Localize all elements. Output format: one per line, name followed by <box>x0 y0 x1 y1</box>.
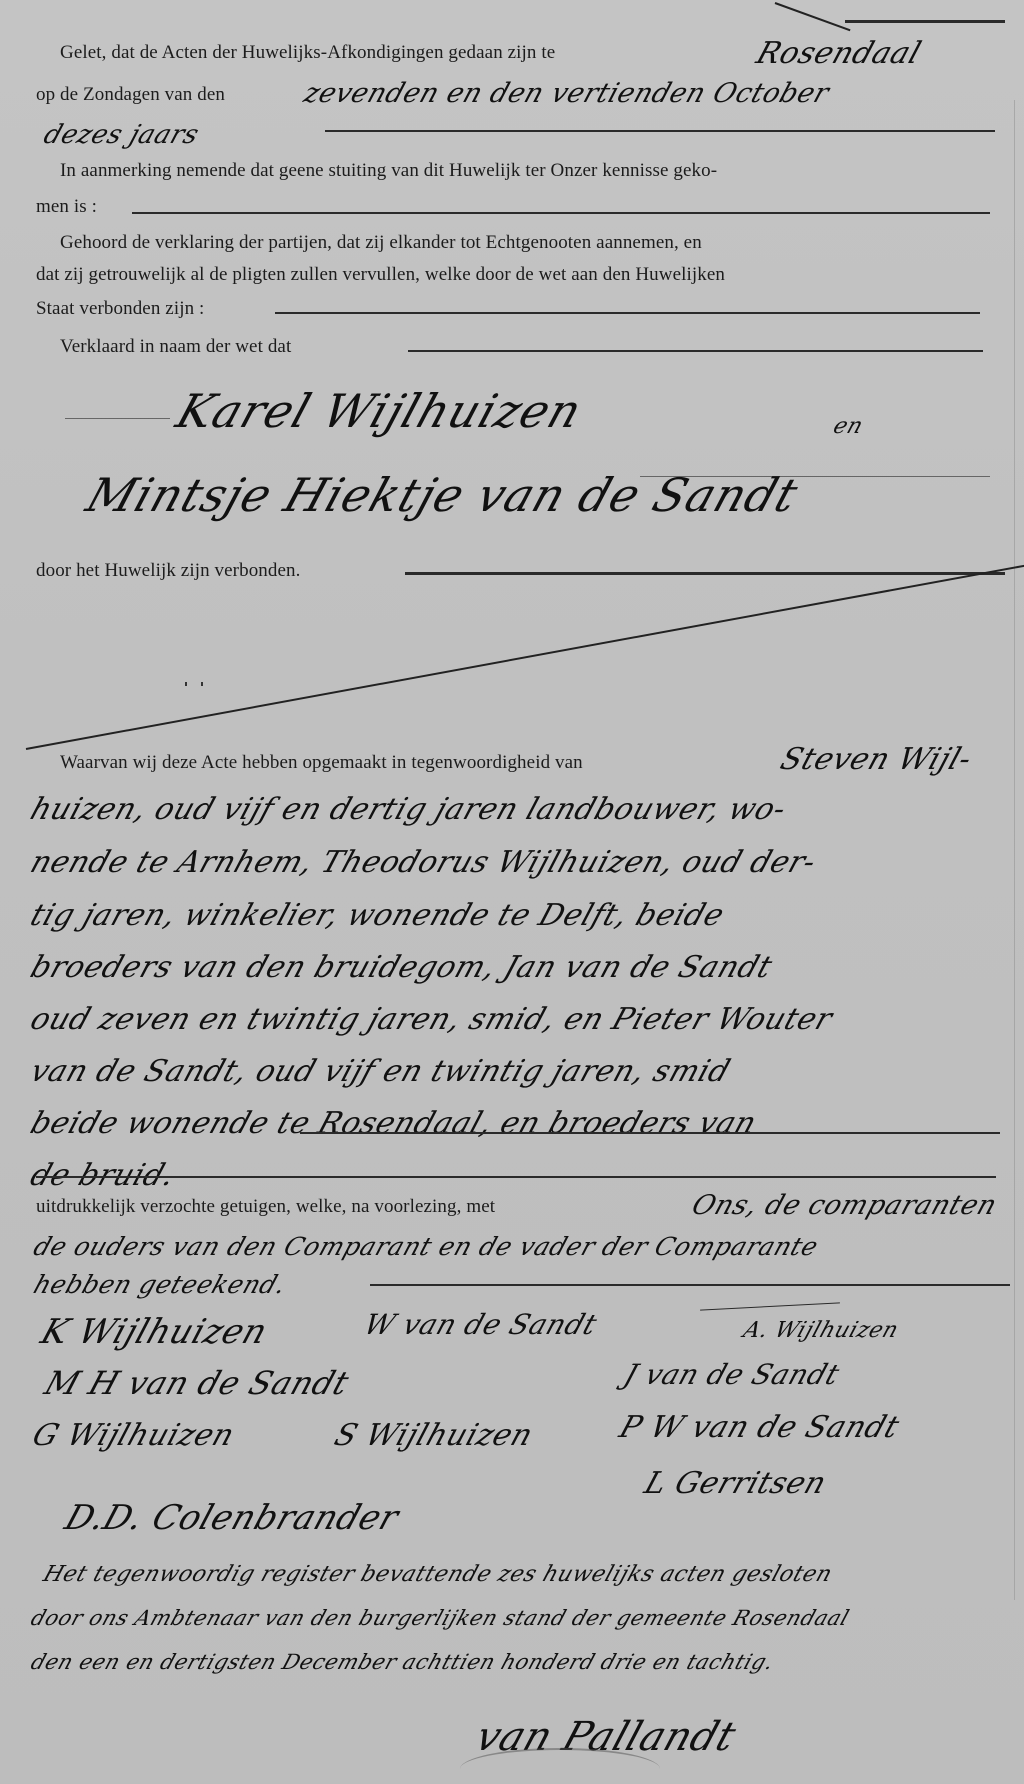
signature-flourish-1 <box>700 1302 840 1310</box>
witness-line-4: broeders van den bruidegom, Jan van de S… <box>26 950 777 985</box>
p6-extra-rule <box>36 1176 996 1178</box>
closing-line-0: Het tegenwoordig register bevattende zes… <box>40 1562 836 1587</box>
witness-line-3: tig jaren, winkelier, wonende te Delft, … <box>26 898 729 933</box>
p7-hand-line-0: Ons, de comparanten <box>688 1190 1001 1221</box>
p7-hand-line-1: de ouders van den Comparant en de vader … <box>30 1232 822 1261</box>
closing-line-2: den een en dertigsten December achttien … <box>28 1650 777 1674</box>
conjunction: en <box>830 414 866 439</box>
signature-flourish-2 <box>460 1748 660 1784</box>
signature-k-wijlhuizen: K Wijlhuizen <box>36 1312 272 1352</box>
p6-fill-rule <box>300 1132 1000 1134</box>
p3-print-line-1: Gehoord de verklaring der partijen, dat … <box>60 232 702 254</box>
stray-dots <box>185 682 203 686</box>
p1-print-line-1: Gelet, dat de Acten der Huwelijks-Afkond… <box>60 42 555 64</box>
p3-print-line-3: Staat verbonden zijn : <box>36 298 204 320</box>
witness-line-7: beide wonende te Rosendaal, en broeders … <box>26 1106 761 1141</box>
signature-g-wijlhuizen: G Wijlhuizen <box>28 1418 239 1453</box>
p1-print-line-2: op de Zondagen van den <box>36 84 225 106</box>
witness-line-1: huizen, oud vijf en dertig jaren landbou… <box>26 792 791 827</box>
p7-hand-line-2: hebben geteekend. <box>30 1270 290 1299</box>
p7-fill-rule <box>370 1284 1010 1286</box>
p1-hand-dates: zevenden en den vertienden October <box>300 78 833 109</box>
p4-print-line: Verklaard in naam der wet dat <box>60 336 291 358</box>
signature-p-w-van-de-sandt: P W van de Sandt <box>615 1410 904 1445</box>
p2-print-line-1: In aanmerking nemende dat geene stuiting… <box>60 160 717 182</box>
p6-print-line: Waarvan wij deze Acte hebben opgemaakt i… <box>60 752 583 774</box>
witness-line-0: Steven Wijl- <box>776 742 976 777</box>
signature-a-wijlhuizen: A. Wijlhuizen <box>740 1318 902 1343</box>
blank-strike-line <box>26 564 1024 750</box>
page-edge <box>1014 100 1018 1600</box>
p2-print-line-2: men is : <box>36 196 97 218</box>
p5-print-line: door het Huwelijk zijn verbonden. <box>36 560 301 582</box>
witness-line-5: oud zeven en twintig jaren, smid, en Pie… <box>26 1002 837 1037</box>
p1-hand-place: Rosendaal <box>752 36 926 71</box>
certificate-page: Gelet, dat de Acten der Huwelijks-Afkond… <box>0 0 1024 1784</box>
signature-s-wijlhuizen: S Wijlhuizen <box>330 1418 537 1453</box>
witness-line-6: van de Sandt, oud vijf en twintig jaren,… <box>26 1054 735 1089</box>
p3-print-line-2: dat zij getrouwelijk al de pligten zulle… <box>36 264 725 286</box>
p4-fill-rule <box>408 350 983 352</box>
signature-colenbrander: D.D. Colenbrander <box>60 1498 404 1538</box>
signature-m-h-van-de-sandt: M H van de Sandt <box>40 1364 354 1402</box>
p7-print-line: uitdrukkelijk verzochte getuigen, welke,… <box>36 1196 495 1218</box>
closing-line-1: door ons Ambtenaar van den burgerlijken … <box>28 1606 852 1630</box>
p3-fill-rule <box>275 312 980 314</box>
p5-fill-rule <box>405 572 1005 575</box>
signature-j-van-de-sandt: J van de Sandt <box>620 1358 844 1391</box>
top-rule <box>845 20 1005 23</box>
names-underline-2 <box>640 476 990 477</box>
names-underline-1 <box>65 418 170 419</box>
signature-l-gerritsen: L Gerritsen <box>640 1466 831 1501</box>
p1-fill-rule <box>325 130 995 132</box>
p2-fill-rule <box>132 212 990 214</box>
top-strike-line <box>775 2 851 31</box>
p1-hand-year: dezes jaars <box>40 120 203 150</box>
groom-name: Karel Wijlhuizen <box>170 384 589 438</box>
witness-line-2: nende te Arnhem, Theodorus Wijlhuizen, o… <box>26 845 821 880</box>
signature-w-van-de-sandt: W van de Sandt <box>360 1308 601 1341</box>
